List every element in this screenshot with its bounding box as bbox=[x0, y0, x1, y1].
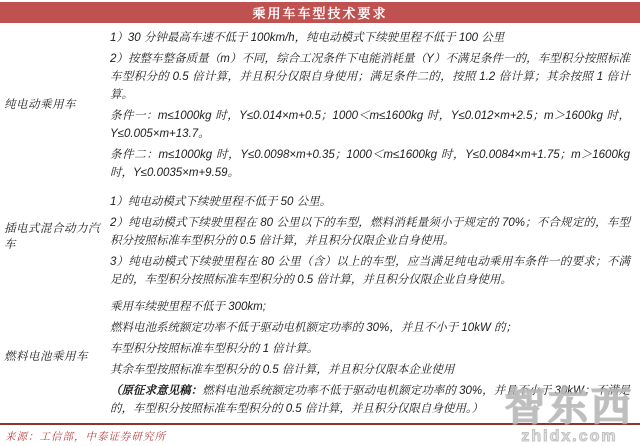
requirement-paragraph: 2）按整车整备质量（m）不同，综合工况条件下电能消耗量（Y）不满足条件一的，车型… bbox=[110, 50, 630, 104]
watermark-domain-text: zhidx.com bbox=[505, 428, 634, 446]
requirement-paragraph: 乘用车续驶里程不低于 300km; bbox=[110, 298, 630, 316]
requirement-paragraph-draft-note: （原征求意见稿：燃料电池系统额定功率不低于驱动电机额定功率的 30%，并且不小于… bbox=[110, 382, 630, 418]
row-label-phev: 插电式混合动力汽车 bbox=[4, 220, 108, 252]
requirement-paragraph: 燃料电池系统额定功率不低于驱动电机额定功率的 30%，并且不小于 10kW 的； bbox=[110, 319, 630, 337]
table-title-bar: 乘用车车型技术要求 bbox=[0, 2, 640, 23]
row-content-bev: 1）30 分钟最高车速不低于 100km/h，纯电动模式下续驶里程不低于 100… bbox=[108, 24, 640, 184]
requirement-paragraph: 1）30 分钟最高车速不低于 100km/h，纯电动模式下续驶里程不低于 100… bbox=[110, 29, 630, 47]
table-row-bev: 纯电动乘用车 1）30 分钟最高车速不低于 100km/h，纯电动模式下续驶里程… bbox=[0, 24, 640, 184]
row-content-phev: 1）纯电动模式下续驶里程不低于 50 公里。 2）纯电动模式下续驶里程在 80 … bbox=[108, 184, 640, 288]
row-content-fcev: 乘用车续驶里程不低于 300km; 燃料电池系统额定功率不低于驱动电机额定功率的… bbox=[108, 288, 640, 424]
requirement-paragraph: 车型积分按照标准车型积分的 1 倍计算。 bbox=[110, 340, 630, 358]
requirement-paragraph: 条件一：m≤1000kg 时，Y≤0.014×m+0.5；1000＜m≤1600… bbox=[110, 107, 630, 143]
row-label-cell: 纯电动乘用车 bbox=[0, 24, 108, 184]
requirement-paragraph: 3）纯电动模式下续驶里程在 80 公里（含）以上的车型，应当满足纯电动乘用车条件… bbox=[110, 253, 630, 289]
row-label-cell: 插电式混合动力汽车 bbox=[0, 184, 108, 288]
row-label-cell: 燃料电池乘用车 bbox=[0, 288, 108, 424]
requirement-paragraph: 2）纯电动模式下续驶里程在 80 公里以下的车型，燃料消耗量须小于规定的 70%… bbox=[110, 214, 630, 250]
requirements-table: 纯电动乘用车 1）30 分钟最高车速不低于 100km/h，纯电动模式下续驶里程… bbox=[0, 24, 640, 424]
draft-note-prefix: （原征求意见稿： bbox=[110, 385, 202, 397]
row-label-bev: 纯电动乘用车 bbox=[4, 96, 76, 112]
requirement-paragraph: 1）纯电动模式下续驶里程不低于 50 公里。 bbox=[110, 193, 630, 211]
requirement-paragraph: 条件二：m≤1000kg 时，Y≤0.0098×m+0.35；1000＜m≤16… bbox=[110, 146, 630, 182]
bottom-divider bbox=[0, 423, 640, 425]
table-row-phev: 插电式混合动力汽车 1）纯电动模式下续驶里程不低于 50 公里。 2）纯电动模式… bbox=[0, 184, 640, 288]
source-note: 来源：工信部，中泰证券研究所 bbox=[5, 429, 166, 444]
row-label-fcev: 燃料电池乘用车 bbox=[4, 348, 88, 364]
report-table-page: 乘用车车型技术要求 纯电动乘用车 1）30 分钟最高车速不低于 100km/h，… bbox=[0, 0, 640, 446]
page-title: 乘用车车型技术要求 bbox=[252, 3, 387, 22]
requirement-paragraph: 其余车型按照标准车型积分的 0.5 倍计算，并且积分仅限本企业使用 bbox=[110, 361, 630, 379]
table-row-fcev: 燃料电池乘用车 乘用车续驶里程不低于 300km; 燃料电池系统额定功率不低于驱… bbox=[0, 288, 640, 424]
